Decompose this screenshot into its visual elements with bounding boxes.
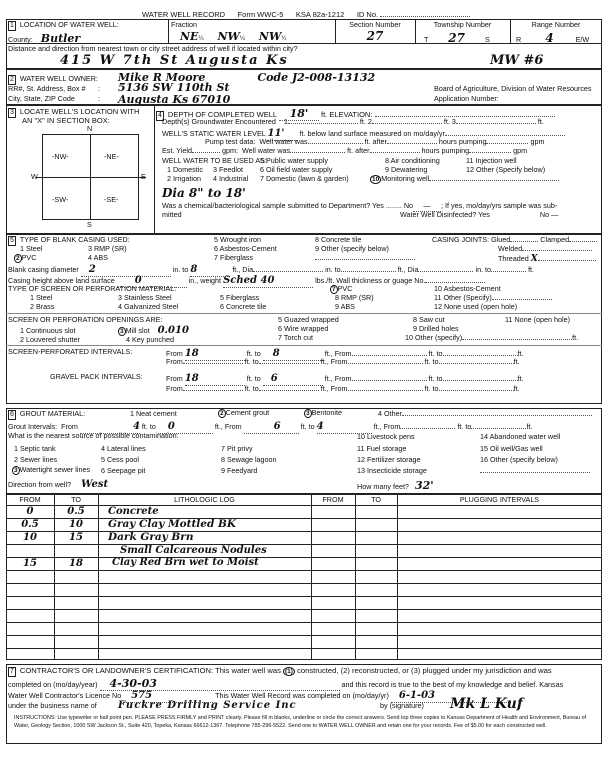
use-note[interactable]: Dia 8" to 18' — [162, 186, 246, 200]
log-header-from: FROM — [6, 496, 54, 505]
opening-option-10[interactable]: 10 Other (specify)ft. — [405, 334, 578, 343]
statute-ref: KSA 82a-1212 — [296, 10, 344, 19]
log-row-3-from[interactable]: 10 — [6, 532, 54, 544]
contam-option-13[interactable]: 13 Insecticide storage — [357, 467, 427, 476]
log-row-3-desc[interactable]: Dark Gray Brn — [108, 531, 193, 544]
opening-option-7[interactable]: 7 Torch cut — [278, 334, 313, 343]
screen-option-4[interactable]: 4 Galvanized Steel — [118, 303, 178, 312]
form-header: WATER WELL RECORD Form WWC-5 KSA 82a-121… — [142, 10, 470, 19]
fraction-field[interactable]: NE¼ NW¼ NW¼ — [180, 30, 286, 43]
casing-option-2-selected[interactable]: 2PVC — [14, 254, 36, 263]
range-field[interactable]: R 4 E/W — [516, 31, 589, 45]
id-label: ID No. — [357, 10, 378, 19]
log-header-to: TO — [54, 496, 98, 505]
grout-option-4[interactable]: 4 Other — [378, 410, 592, 419]
contam-option-8[interactable]: 8 Sewage lagoon — [221, 456, 277, 465]
address-label: RR#, St. Address, Box # — [8, 85, 86, 94]
groundwater-field[interactable]: Depth(s) Groundwater Encountered 1 ft. 2… — [162, 118, 544, 127]
form-title: WATER WELL RECORD — [142, 10, 225, 19]
signature-label: by (signature) — [380, 702, 424, 711]
quadrant-sw[interactable]: -SW- — [52, 196, 68, 205]
contam-option-1[interactable]: 1 Septic tank — [14, 445, 56, 454]
log-row-3-to[interactable]: 15 — [54, 532, 98, 544]
contam-option-2[interactable]: 2 Sewer lines — [14, 456, 57, 465]
contam-option-9[interactable]: 9 Feedyard — [221, 467, 257, 476]
log-row-4-desc[interactable]: Small Calcareous Nodules — [120, 545, 267, 557]
contamination-label: What is the nearest source of possible c… — [8, 432, 179, 441]
application-number-field[interactable]: Application Number: — [434, 95, 499, 104]
contam-option-16[interactable]: 16 Other (specify below) — [480, 456, 558, 465]
range-label: Range Number — [510, 21, 602, 30]
contam-option-5[interactable]: 5 Cess pool — [101, 456, 139, 465]
joints-welded[interactable]: Welded — [498, 245, 592, 254]
log-header-lithologic: LITHOLOGIC LOG — [98, 496, 311, 505]
contam-option-14[interactable]: 14 Abandoned water well — [480, 433, 560, 442]
openings-title: SCREEN OR PERFORATION OPENINGS ARE: — [8, 316, 162, 325]
use-option-4[interactable]: 4 Industrial — [213, 175, 248, 184]
cert-option-constructed[interactable]: (1) — [283, 667, 295, 676]
use-option-2[interactable]: 2 Irrigation — [167, 175, 201, 184]
quadrant-nw[interactable]: -NW- — [52, 153, 69, 162]
plug-header-to: TO — [355, 496, 397, 505]
business-name-label: under the business name of — [8, 702, 97, 711]
section-1-heading: 1LOCATION OF WATER WELL: — [8, 21, 119, 31]
distance-value[interactable]: 415 W 7th St Augusta Ks — [60, 53, 289, 69]
log-row-2-desc[interactable]: Gray Clay Mottled BK — [108, 518, 236, 531]
log-row-5-to[interactable]: 18 — [54, 558, 98, 570]
use-option-10-selected[interactable]: 10Monitoring well — [370, 175, 559, 184]
grout-title: 6GROUT MATERIAL: — [8, 410, 85, 420]
disinfected-field[interactable]: Water Well Disinfected? Yes No — — [400, 211, 558, 220]
log-row-1-desc[interactable]: Concrete — [108, 506, 159, 518]
how-many-feet-field[interactable]: How many feet? 32' — [357, 479, 434, 492]
township-field[interactable]: T 27 S — [424, 31, 490, 45]
board-label: Board of Agriculture, Division of Water … — [434, 85, 592, 94]
screen-option-9[interactable]: 9 ABS — [335, 303, 355, 312]
plug-header-from: FROM — [311, 496, 355, 505]
use-option-12[interactable]: 12 Other (Specify below) — [466, 166, 545, 175]
contam-option-11[interactable]: 11 Fuel storage — [357, 445, 406, 454]
township-label: Township Number — [415, 21, 510, 30]
gravel-pack-label: GRAVEL PACK INTERVALS: — [50, 373, 143, 382]
log-row-5-desc[interactable]: Clay Red Brn wet to Moist — [112, 557, 259, 569]
log-row-1-to[interactable]: 0.5 — [54, 506, 98, 518]
contam-option-10[interactable]: 10 Livestock pens — [357, 433, 415, 442]
section-number-field[interactable]: 27 — [335, 29, 415, 43]
id-field[interactable] — [380, 16, 470, 17]
casing-option-9[interactable]: 9 Other (specify below) — [315, 245, 389, 254]
city-label: City, State, ZIP Code — [8, 95, 75, 104]
contam-option-7[interactable]: 7 Pit privy — [221, 445, 253, 454]
log-row-2-to[interactable]: 10 — [54, 519, 98, 531]
grout-option-3-selected[interactable]: 3Bentonite — [304, 409, 342, 418]
contam-option-3-selected[interactable]: 3Watertight sewer lines — [12, 466, 90, 475]
log-row-5-from[interactable]: 15 — [6, 558, 54, 570]
well-id-value: MW #6 — [490, 53, 543, 69]
opening-option-4[interactable]: 4 Key punched — [126, 336, 174, 345]
screen-option-2[interactable]: 2 Brass — [30, 303, 54, 312]
opening-option-11[interactable]: 11 None (open hole) — [505, 316, 570, 325]
instructions-text: INSTRUCTIONS: Use typewriter or ball poi… — [14, 714, 594, 730]
screen-intervals-label: SCREEN-PERFORATED INTERVALS: — [8, 348, 132, 357]
log-row-2-from[interactable]: 0.5 — [6, 519, 54, 531]
est-yield-field[interactable]: Est. Yield gpm: Well water was ft. after… — [162, 147, 527, 156]
quadrant-se[interactable]: -SE- — [104, 196, 118, 205]
screen-option-12[interactable]: 12 None used (open hole) — [434, 303, 517, 312]
certification-text: 7CONTRACTOR'S OR LANDOWNER'S CERTIFICATI… — [8, 666, 552, 677]
opening-option-2[interactable]: 2 Louvered shutter — [20, 336, 80, 345]
range-ew-selector[interactable]: E/W — [576, 35, 590, 44]
fraction-label: Fraction — [171, 21, 197, 30]
direction-field[interactable]: Direction from well? West — [8, 479, 108, 491]
contam-option-12[interactable]: 12 Fertilizer storage — [357, 456, 421, 465]
screen-option-6[interactable]: 6 Concrete tile — [220, 303, 266, 312]
quadrant-ne[interactable]: -NE- — [104, 153, 119, 162]
contam-option-15[interactable]: 15 Oil well/Gas well — [480, 445, 543, 454]
grout-option-1[interactable]: 1 Neat cement — [130, 410, 177, 419]
grout-option-2-selected[interactable]: 2Cement grout — [218, 409, 269, 418]
business-name-value[interactable]: Fuckre Drilling Service Inc — [118, 700, 297, 712]
contam-option-4[interactable]: 4 Lateral lines — [101, 445, 146, 454]
owner-code: Code J2-008-13132 — [257, 71, 375, 84]
signature-value[interactable]: Mk L Kuf — [450, 696, 523, 713]
use-option-7[interactable]: 7 Domestic (lawn & garden) — [260, 175, 349, 184]
gravel-interval-row-2[interactable]: From ft. to ft., From ft. toft. — [166, 385, 520, 394]
log-row-1-from[interactable]: 0 — [6, 506, 54, 518]
plug-header-intervals: PLUGGING INTERVALS — [397, 496, 602, 505]
casing-option-7[interactable]: 7 Fiberglass — [214, 254, 253, 263]
screen-interval-row-2[interactable]: From ft. to ft., From ft. toft. — [166, 358, 520, 367]
casing-option-4[interactable]: 4 ABS — [88, 254, 108, 263]
form-number: Form WWC-5 — [238, 10, 284, 19]
contam-option-6[interactable]: 6 Seepage pit — [101, 467, 145, 476]
